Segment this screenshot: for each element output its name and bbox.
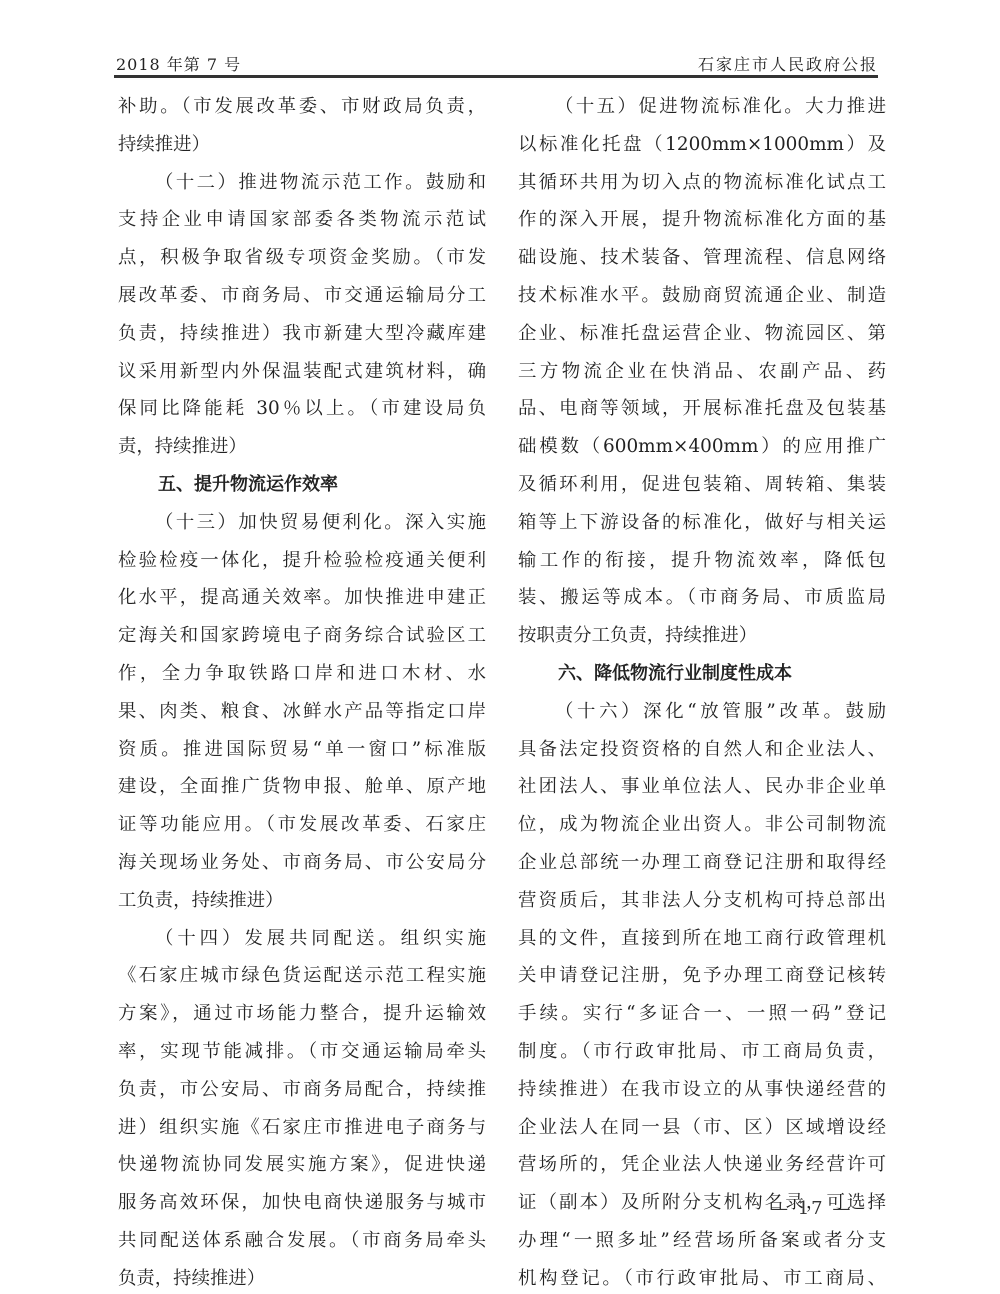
- page-header: 2018 年第 7 号 石家庄市人民政府公报: [114, 50, 878, 76]
- text-line: 海关现场业务处、市商务局、市公安局分: [118, 844, 486, 882]
- text-line: 具的文件，直接到所在地工商行政管理机: [518, 920, 886, 958]
- text-line: 责，持续推进）: [118, 428, 486, 466]
- text-line: 《石家庄城市绿色货运配送示范工程实施: [118, 957, 486, 995]
- text-line: （十三）加快贸易便利化。深入实施: [118, 504, 486, 542]
- text-line: （十五）促进物流标准化。大力推进: [518, 88, 886, 126]
- text-line: 其循环共用为切入点的物流标准化试点工: [518, 164, 886, 202]
- text-line: 技术标准水平。鼓励商贸流通企业、制造: [518, 277, 886, 315]
- text-line: 展改革委、市商务局、市交通运输局分工: [118, 277, 486, 315]
- text-line: （十二）推进物流示范工作。鼓励和: [118, 164, 486, 202]
- text-line: 支持企业申请国家部委各类物流示范试: [118, 201, 486, 239]
- left-column: 补助。（市发展改革委、市财政局负责，持续推进）（十二）推进物流示范工作。鼓励和支…: [118, 88, 486, 1294]
- text-line: 共同配送体系融合发展。（市商务局牵头: [118, 1222, 486, 1260]
- text-line: 装、搬运等成本。（市商务局、市质监局: [518, 579, 886, 617]
- text-line: 社团法人、事业单位法人、民办非企业单: [518, 768, 886, 806]
- text-line: 及循环利用，促进包装箱、周转箱、集装: [518, 466, 886, 504]
- text-line: 箱等上下游设备的标准化，做好与相关运: [518, 504, 886, 542]
- text-line: 率，实现节能减排。（市交通运输局牵头: [118, 1033, 486, 1071]
- text-line: 保同比降能耗 30％以上。（市建设局负: [118, 390, 486, 428]
- issue-label: 2018 年第 7 号: [116, 52, 241, 75]
- text-line: 机构登记。（市行政审批局、市工商局、: [518, 1260, 886, 1294]
- text-line: 按职责分工负责，持续推进）: [518, 617, 886, 655]
- publication-title: 石家庄市人民政府公报: [698, 52, 878, 75]
- header-rule: [114, 75, 878, 78]
- text-line: 作的深入开展，提升物流标准化方面的基: [518, 201, 886, 239]
- text-line: 化水平，提高通关效率。加快推进申建正: [118, 579, 486, 617]
- text-line: 关申请登记注册，免予办理工商登记核转: [518, 957, 886, 995]
- text-line: 点，积极争取省级专项资金奖励。（市发: [118, 239, 486, 277]
- text-line: 础设施、技术装备、管理流程、信息网络: [518, 239, 886, 277]
- section-heading: 五、提升物流运作效率: [118, 466, 486, 504]
- text-line: 品、电商等领域，开展标准托盘及包装基: [518, 390, 886, 428]
- text-line: 输工作的衔接，提升物流效率，降低包: [518, 542, 886, 580]
- text-line: 检验检疫一体化，提升检验检疫通关便利: [118, 542, 486, 580]
- text-line: 制度。（市行政审批局、市工商局负责，: [518, 1033, 886, 1071]
- text-line: 建设，全面推广货物申报、舱单、原产地: [118, 768, 486, 806]
- text-line: 营资质后，其非法人分支机构可持总部出: [518, 882, 886, 920]
- text-line: 位，成为物流企业出资人。非公司制物流: [518, 806, 886, 844]
- right-column: （十五）促进物流标准化。大力推进以标准化托盘（1200mm×1000mm）及其循…: [518, 88, 886, 1294]
- text-line: 持续推进）在我市设立的从事快递经营的: [518, 1071, 886, 1109]
- text-line: 定海关和国家跨境电子商务综合试验区工: [118, 617, 486, 655]
- text-line: 负责，市公安局、市商务局配合，持续推: [118, 1071, 486, 1109]
- text-line: 企业、标准托盘运营企业、物流园区、第: [518, 315, 886, 353]
- text-line: （十四）发展共同配送。组织实施: [118, 920, 486, 958]
- section-heading: 六、降低物流行业制度性成本: [518, 655, 886, 693]
- text-line: 证等功能应用。（市发展改革委、石家庄: [118, 806, 486, 844]
- text-line: 作，全力争取铁路口岸和进口木材、水: [118, 655, 486, 693]
- text-line: 方案》，通过市场能力整合，提升运输效: [118, 995, 486, 1033]
- text-line: 负责，持续推进）我市新建大型冷藏库建: [118, 315, 486, 353]
- text-line: 资质。推进国际贸易“单一窗口”标准版: [118, 731, 486, 769]
- text-line: 以标准化托盘（1200mm×1000mm）及: [518, 126, 886, 164]
- text-line: 补助。（市发展改革委、市财政局负责，: [118, 88, 486, 126]
- text-line: 办理“一照多址”经营场所备案或者分支: [518, 1222, 886, 1260]
- text-line: 础模数（600mm×400mm）的应用推广: [518, 428, 886, 466]
- text-line: 负责，持续推进）: [118, 1260, 486, 1294]
- text-line: 企业总部统一办理工商登记注册和取得经: [518, 844, 886, 882]
- text-line: 三方物流企业在快消品、农副产品、药: [518, 353, 886, 391]
- text-line: 果、肉类、粮食、冰鲜水产品等指定口岸: [118, 693, 486, 731]
- text-line: 议采用新型内外保温装配式建筑材料，确: [118, 353, 486, 391]
- text-line: 工负责，持续推进）: [118, 882, 486, 920]
- text-line: （十六）深化“放管服”改革。鼓励: [518, 693, 886, 731]
- text-line: 营场所的，凭企业法人快递业务经营许可: [518, 1146, 886, 1184]
- text-line: 进）组织实施《石家庄市推进电子商务与: [118, 1109, 486, 1147]
- text-line: 企业法人在同一县（市、区）区域增设经: [518, 1109, 886, 1147]
- text-line: 快递物流协同发展实施方案》，促进快递: [118, 1146, 486, 1184]
- text-line: 具备法定投资资格的自然人和企业法人、: [518, 731, 886, 769]
- text-line: 手续。实行“多证合一、一照一码”登记: [518, 995, 886, 1033]
- page-number: — 17 —: [770, 1198, 852, 1219]
- text-line: 持续推进）: [118, 126, 486, 164]
- text-line: 服务高效环保，加快电商快递服务与城市: [118, 1184, 486, 1222]
